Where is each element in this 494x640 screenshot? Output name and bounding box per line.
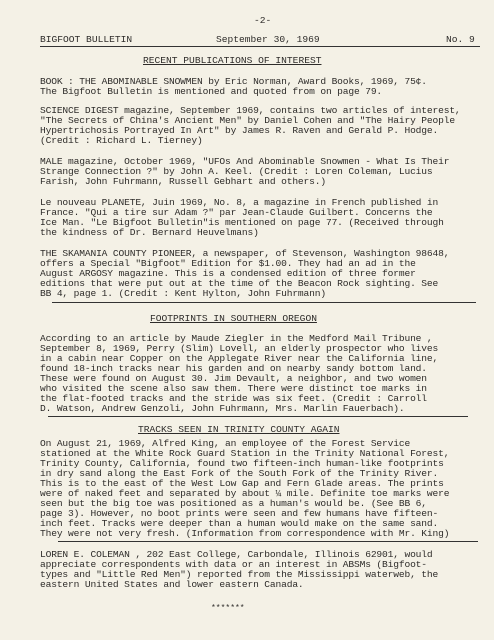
header-rule	[40, 46, 480, 47]
section-divider	[52, 302, 476, 303]
trinity-line-10: They were not very fresh. (Information f…	[40, 529, 449, 539]
publication-book-line-2: The Bigfoot Bulletin is mentioned and qu…	[40, 87, 382, 97]
section-divider	[58, 541, 478, 542]
section-divider	[48, 416, 468, 417]
publication-planete-line-4: the kindness of Dr. Bernard Heuvelmans)	[40, 228, 259, 238]
section-heading-publications: RECENT PUBLICATIONS OF INTEREST	[143, 55, 321, 66]
section-heading-trinity: TRACKS SEEN IN TRINITY COUNTY AGAIN	[138, 424, 340, 435]
bulletin-title: BIGFOOT BULLETIN	[40, 34, 132, 45]
oregon-line-8: D. Watson, Andrew Genzoli, John Fuhrmann…	[40, 404, 404, 414]
publication-science-digest-line-4: (Credit : Richard L. Tierney)	[40, 136, 203, 146]
bulletin-date: September 30, 1969	[216, 34, 320, 45]
coleman-line-4: eastern United States and lower eastern …	[40, 580, 304, 590]
issue-number: No. 9	[446, 34, 475, 45]
publication-skamania-line-5: BB 4, page 1. (Credit : Kent Hylton, Joh…	[40, 289, 326, 299]
page-number: -2-	[254, 15, 271, 26]
publication-male-line-3: Farish, John Fuhrmann, Russell Gebhart a…	[40, 177, 326, 187]
end-mark: *******	[211, 604, 245, 613]
section-heading-oregon: FOOTPRINTS IN SOUTHERN OREGON	[150, 313, 317, 324]
document-page: -2- BIGFOOT BULLETIN September 30, 1969 …	[0, 0, 494, 640]
